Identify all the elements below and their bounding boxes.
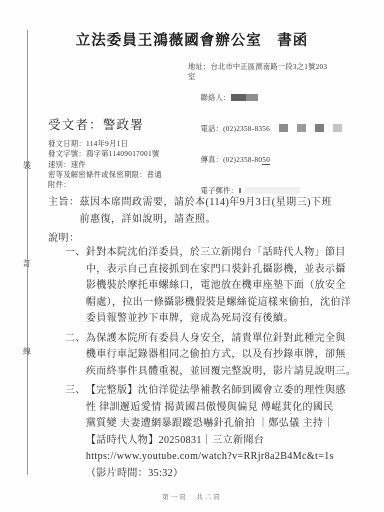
item-number: 二、 xyxy=(65,331,86,381)
meta-speed: 速別：速件 xyxy=(48,160,162,170)
item-number: 一、 xyxy=(65,245,86,328)
page-title: 立法委員王鴻薇國會辦公室 書函 xyxy=(0,31,384,51)
contact-fax-number: (02)2358-80 xyxy=(223,156,262,164)
contact-person-row: 聯絡人： xyxy=(188,83,372,114)
contact-block: 地址：台北市中正區濟南路一段3之1號203 室 聯絡人： 電話：(02)2358… xyxy=(188,62,372,206)
contact-fax-number-underlined: 50 xyxy=(262,156,270,165)
redaction-block xyxy=(246,94,258,101)
list-item: 一、 針對本院沈伯洋委員，於三立新聞台「話時代人物」節目 中，表示自己直接抓到在… xyxy=(65,245,369,328)
meta-doc-number: 發文字號：鴻字第11409017001號 xyxy=(48,149,162,159)
document-page: 裝 訂 線 立法委員王鴻薇國會辦公室 書函 地址：台北市中正區濟南路一段3之1號… xyxy=(0,0,384,512)
contact-fax-row: 傳真：(02)2358-8050 xyxy=(188,144,372,175)
meta-security: 密等及解密條件或保密期限：普通 xyxy=(48,170,162,180)
binding-mark-xian: 線 xyxy=(20,347,34,356)
redaction-square xyxy=(297,124,306,132)
item-text: 針對本院沈伯洋委員，於三立新聞台「話時代人物」節目 中，表示自己直接抓到在家門口… xyxy=(86,245,369,328)
contact-phone-label: 電話： xyxy=(201,125,223,133)
meta-block: 發文日期：114年9月1日 發文字號：鴻字第11409017001號 速別：速件… xyxy=(48,139,162,190)
recipient-value: 警政署 xyxy=(103,118,144,132)
contact-address: 地址：台北市中正區濟南路一段3之1號203 室 xyxy=(188,62,372,83)
binding-line xyxy=(27,30,28,475)
contact-phone-row: 電話：(02)2358-8356 xyxy=(188,113,372,144)
meta-issue-date: 發文日期：114年9月1日 xyxy=(48,139,162,149)
explanation-label: 說明： xyxy=(48,229,80,244)
email-redaction-mark xyxy=(239,188,241,193)
list-item: 三、 【完整版】沈伯洋從法學補教名師到國會立委的理性與感 性 律訓邂逅愛情 揭黃… xyxy=(65,383,369,482)
item-text: 為保護本院所有委員人身安全，請貴單位針對此種完全與 機車行車記錄器相同之偷拍方式… xyxy=(86,331,369,381)
meta-attachment: 附件： xyxy=(48,180,162,190)
contact-fax-label: 傳真： xyxy=(201,156,223,164)
binding-mark-ding: 訂 xyxy=(20,259,34,268)
subject-row: 主旨： 茲因本席問政需要，請於本(114)年9月3日(星期三)下班 前惠復，詳如… xyxy=(48,194,360,228)
contact-phone-number: (02)2358-8356 xyxy=(223,125,270,133)
item-text: 【完整版】沈伯洋從法學補教名師到國會立委的理性與感 性 律訓邂逅愛情 揭黃國昌傲… xyxy=(86,383,369,482)
redaction-square xyxy=(279,124,288,132)
contact-person-label: 聯絡人： xyxy=(201,94,231,102)
binding-mark-zhuang: 裝 xyxy=(20,161,34,170)
redaction-square xyxy=(315,124,324,132)
page-footer: 第一頁 共二頁 xyxy=(0,492,384,501)
recipient-label: 受文者： xyxy=(48,118,103,132)
redaction-block-faint xyxy=(245,187,300,194)
explanation-items: 一、 針對本院沈伯洋委員，於三立新聞台「話時代人物」節目 中，表示自己直接抓到在… xyxy=(65,245,369,485)
redaction-square xyxy=(333,124,342,132)
redaction-block xyxy=(231,94,246,101)
subject-text: 茲因本席問政需要，請於本(114)年9月3日(星期三)下班 前惠復，詳如說明，請… xyxy=(80,194,360,228)
subject-label: 主旨： xyxy=(48,194,80,228)
recipient-line: 受文者：警政署 xyxy=(48,115,144,133)
item-number: 三、 xyxy=(65,383,86,482)
list-item: 二、 為保護本院所有委員人身安全，請貴單位針對此種完全與 機車行車記錄器相同之偷… xyxy=(65,331,369,381)
